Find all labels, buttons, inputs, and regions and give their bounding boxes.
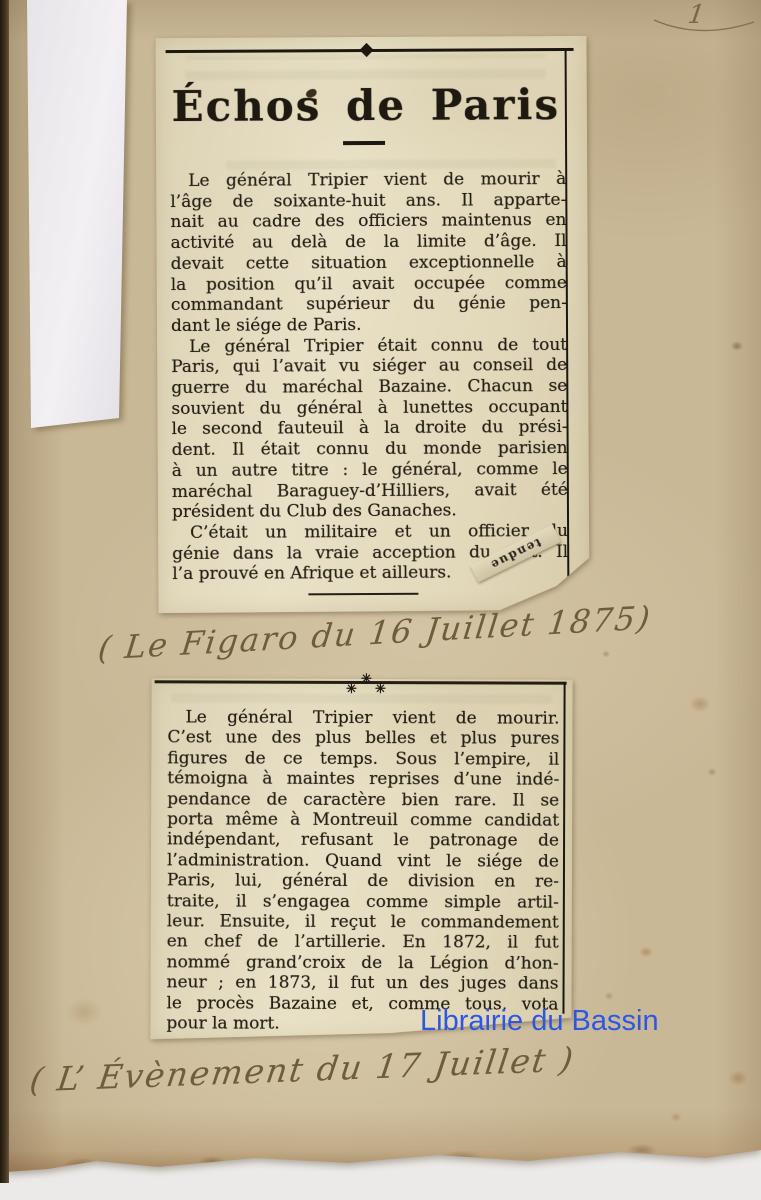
masthead-rule [166, 48, 574, 53]
asterisk-star-icon: ✳ [346, 682, 357, 697]
clipping2-paper: Le général Tripier vient de mourir.C’est… [150, 678, 572, 1041]
scrapbook-photo: 1 Échos de Paris Le général Tripier vien… [0, 0, 761, 1200]
inserted-white-sheet [24, 0, 127, 428]
asterisk-star-icon: ✳ [361, 672, 372, 687]
diamond-ornament [359, 43, 373, 57]
article-end-rule [308, 593, 418, 596]
ink-bleed-through [186, 54, 546, 80]
article-paragraph: Le général Tripier vient de mourir àl’âg… [170, 169, 567, 337]
article-paragraph: Le général Tripier était connu de toutPa… [171, 335, 568, 523]
title-divider-rule [343, 141, 385, 145]
clipping1-paper: Échos de Paris Le général Tripier vient … [155, 36, 589, 613]
article-title: Échos de Paris [156, 80, 576, 131]
column-rule [562, 682, 565, 1014]
inserted-white-sheet-paper [24, 0, 127, 428]
newspaper-clipping-evenement: Le général Tripier vient de mourir.C’est… [150, 678, 572, 1041]
asterisk-star-icon: ✳ [375, 682, 386, 697]
ink-bleed-through [226, 148, 556, 170]
librairie-du-bassin-watermark: Librairie du Bassin [420, 1005, 659, 1038]
page-number-underline-flourish [650, 14, 758, 40]
newspaper-clipping-echos-de-paris: Échos de Paris Le général Tripier vient … [155, 36, 589, 613]
book-spine-edge [0, 0, 9, 1183]
article-paragraph: Le général Tripier vient de mourir.C’est… [166, 707, 559, 1035]
article-body: Le général Tripier vient de mourir.C’est… [166, 707, 559, 1035]
asterism-ornament: ✳ ✳ ✳ [346, 674, 390, 702]
page-bottom-browned-edge [6, 1108, 761, 1178]
article-body: Le général Tripier vient de mourir àl’âg… [170, 169, 568, 585]
